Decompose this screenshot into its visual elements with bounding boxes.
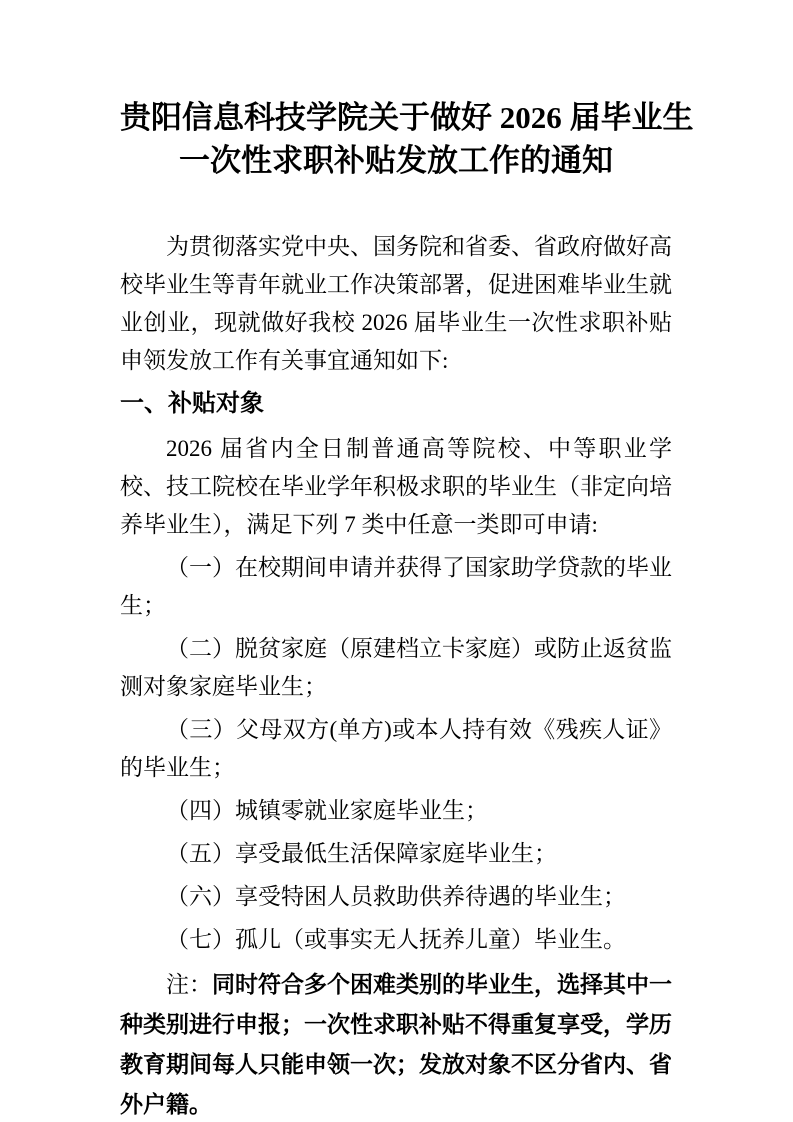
document-page: 贵阳信息科技学院关于做好 2026 届毕业生 一次性求职补贴发放工作的通知 为贯… (0, 0, 793, 1122)
document-title: 贵阳信息科技学院关于做好 2026 届毕业生 一次性求职补贴发放工作的通知 (120, 96, 672, 182)
subsidy-item-7: （七）孤儿（或事实无人抚养儿童）毕业生。 (120, 921, 672, 959)
subsidy-item-5: （五）享受最低生活保障家庭毕业生； (120, 835, 672, 873)
document-title-line-2: 一次性求职补贴发放工作的通知 (120, 139, 672, 182)
section-1-intro-paragraph: 2026 届省内全日制普通高等院校、中等职业学校、技工院校在毕业学年积极求职的毕… (120, 430, 672, 544)
subsidy-item-1: （一）在校期间申请并获得了国家助学贷款的毕业生； (120, 549, 672, 625)
note-label: 注： (166, 972, 212, 997)
subsidy-item-6: （六）享受特困人员救助供养待遇的毕业生； (120, 878, 672, 916)
document-title-line-1: 贵阳信息科技学院关于做好 2026 届毕业生 (120, 96, 672, 139)
subsidy-item-2: （二）脱贫家庭（原建档立卡家庭）或防止返贫监测对象家庭毕业生； (120, 630, 672, 706)
note-paragraph: 注：同时符合多个困难类别的毕业生，选择其中一种类别进行申报；一次性求职补贴不得重… (120, 965, 672, 1122)
subsidy-item-3: （三）父母双方(单方)或本人持有效《残疾人证》的毕业生； (120, 711, 672, 787)
section-1-heading: 一、补贴对象 (120, 385, 672, 423)
intro-paragraph: 为贯彻落实党中央、国务院和省委、省政府做好高校毕业生等青年就业工作决策部署，促进… (120, 228, 672, 380)
subsidy-item-4: （四）城镇零就业家庭毕业生； (120, 792, 672, 830)
